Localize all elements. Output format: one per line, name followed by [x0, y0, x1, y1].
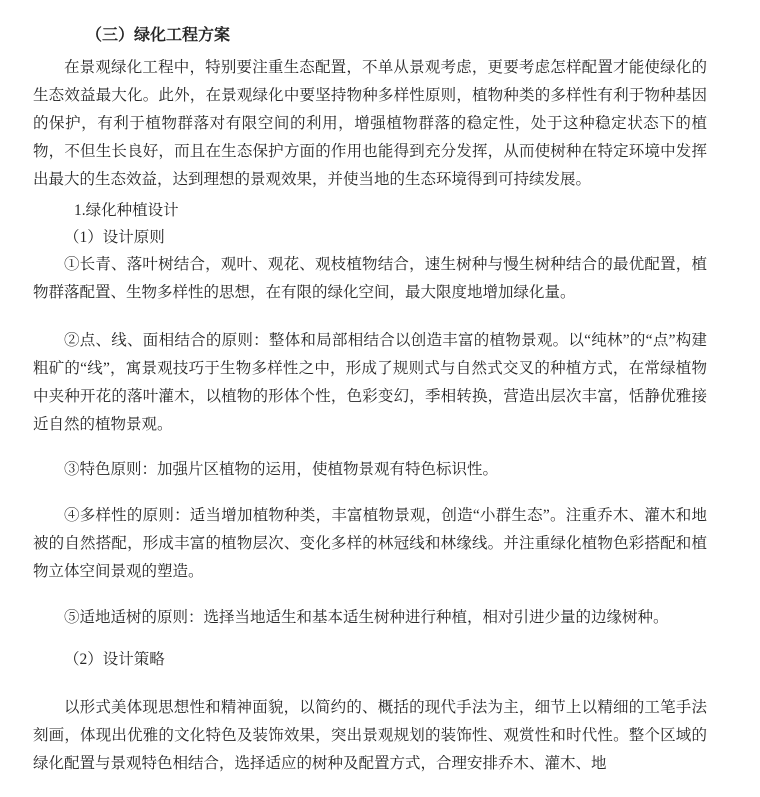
intro-paragraph: 在景观绿化工程中，特别要注重生态配置，不单从景观考虑，更要考虑怎样配置才能使绿化…: [33, 54, 707, 194]
subsection-title-design-strategy: （2）设计策略: [33, 646, 707, 674]
subsection-title-design-principles: （1）设计原则: [33, 224, 707, 251]
principle-item-5: ⑤适地适树的原则：选择当地适生和基本适生树种进行种植，相对引进少量的边缘树种。: [33, 604, 707, 632]
section-heading: （三）绿化工程方案: [33, 22, 707, 50]
document-page: （三）绿化工程方案 在景观绿化工程中，特别要注重生态配置，不单从景观考虑，更要考…: [0, 0, 760, 797]
principle-item-2: ②点、线、面相结合的原则：整体和局部相结合以创造丰富的植物景观。以“纯林”的“点…: [33, 327, 707, 439]
principle-item-3: ③特色原则：加强片区植物的运用，使植物景观有特色标识性。: [33, 456, 707, 484]
strategy-paragraph: 以形式美体现思想性和精神面貌，以简约的、概括的现代手法为主，细节上以精细的工笔手…: [33, 694, 707, 778]
principle-item-4: ④多样性的原则：适当增加植物种类，丰富植物景观，创造“小群生态”。注重乔木、灌木…: [33, 502, 707, 586]
subsection-title-greening-planting-design: 1.绿化种植设计: [33, 197, 707, 224]
principle-item-1: ①长青、落叶树结合，观叶、观花、观枝植物结合，速生树种与慢生树种结合的最优配置，…: [33, 251, 707, 307]
